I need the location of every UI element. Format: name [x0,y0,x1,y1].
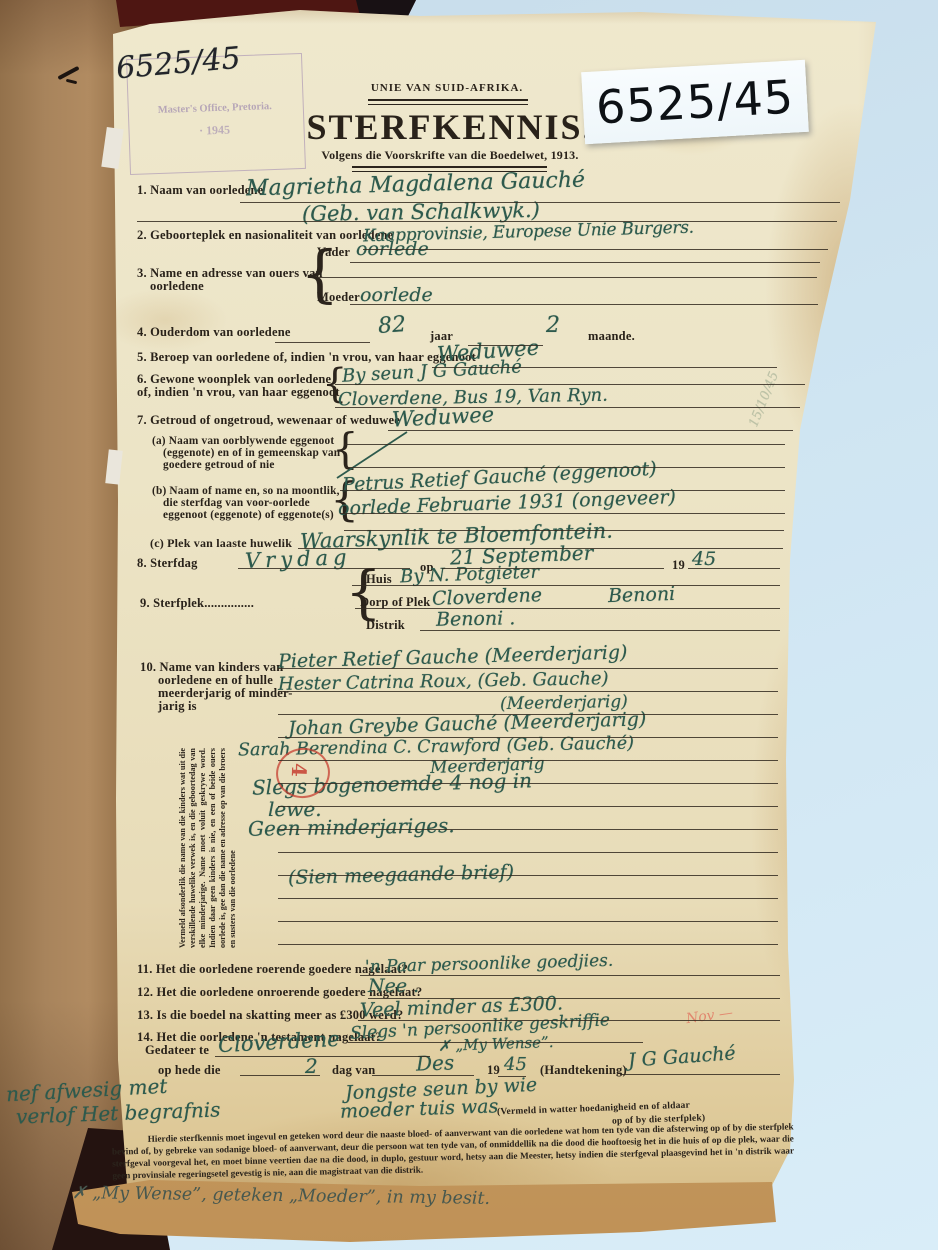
form-line [278,875,778,876]
dagvan-label: dag van [332,1063,375,1078]
form-line [388,430,793,431]
document-photo: Master's Office, Pretoria. · 1945 6525/4… [0,0,938,1250]
dorp-value2: Benoni [608,583,676,607]
form-line [498,1076,526,1077]
closing-month: Des [416,1050,455,1075]
children-entry: Geen minderjariges. [248,813,455,841]
distrik-value: Benoni . [436,607,516,630]
form-line [348,1042,643,1043]
form-line [344,530,784,531]
ophede-label: op hede die [158,1063,221,1078]
maande-label: maande. [588,329,635,344]
form-line [620,1074,780,1075]
moeder-value: oorlede [360,284,433,306]
handtekening-label: (Handtekening) [540,1063,627,1078]
gedateer-label: Gedateer te [145,1043,209,1058]
stamp-year: · 1945 [169,121,259,139]
form-title: STERFKENNIS. [280,106,620,148]
form-line [688,568,780,569]
distrik-label: Distrik [366,618,405,633]
field-8-year: 45 [692,548,716,570]
form-line [345,444,785,445]
field-10-margin-note: Vermeld afsonderlik die name van die kin… [178,748,238,948]
field-3-label2: oorledene [150,279,204,294]
field-7b-label2: die sterfdag van voor-oorlede [163,497,310,509]
form-line [442,568,664,569]
field-4-label: 4. Ouderdom van oorledene [137,325,291,340]
field-6-label2: of, indien 'n vrou, van haar eggenoot [137,385,340,400]
form-line [352,585,780,586]
form-line [340,490,785,491]
form-line [432,367,777,368]
form-line [350,304,818,305]
reference-label-text: 6525/45 [595,70,796,135]
dorp-value: Cloverdene [432,584,543,610]
form-country: UNIE VAN SUID-AFRIKA. [327,82,567,94]
form-line [240,202,840,203]
form-line [238,568,410,569]
form-line [317,277,817,278]
form-line [345,467,785,468]
form-line [278,760,778,761]
form-line [420,630,780,631]
form-line [137,221,837,222]
form-line [278,921,778,922]
form-line [215,1056,430,1057]
stamp-office-line: Master's Office, Pretoria. [133,100,297,117]
field-7b-label1: (b) Naam of name en, so na moontlik, [152,485,340,497]
form-line [275,342,370,343]
vader-label: Vader [317,245,350,260]
field-4-months: 2 [546,313,560,338]
form-line [278,944,778,945]
field-8-label: 8. Sterfdag [137,556,198,571]
field-7b-label3: eggenoot (eggenote) of eggenote(s) [163,509,334,521]
reference-label: 6525/45 [581,60,809,144]
form-line [335,407,800,408]
field-10-label4: jarig is [158,699,197,714]
header-rule [368,99,528,105]
form-line [355,608,780,609]
form-line [372,1075,474,1076]
form-line [360,975,780,976]
field-7-label: 7. Getroud of ongetroud, wewenaar of wed… [137,413,400,428]
form-line [278,783,778,784]
field-2-label: 2. Geboorteplek en nasionaliteit van oor… [137,228,393,243]
form-line [278,852,778,853]
form-line [278,829,778,830]
form-line [350,262,820,263]
moeder-label: Moeder [317,290,360,305]
yy-label: 19 [672,558,685,573]
field-9-label: 9. Sterfplek............... [140,596,254,611]
form-line [278,691,778,692]
form-line [340,513,785,514]
field-7a-label2: (eggenote) en of in gemeenskap van [163,447,340,459]
field-7a-label3: goedere getroud of nie [163,459,275,471]
form-line [278,898,778,899]
form-line [278,737,778,738]
form-line [358,1020,780,1021]
form-line [240,1075,320,1076]
form-line [298,548,783,549]
form-line [278,806,778,807]
field-1-label: 1. Naam van oorledene [137,183,263,198]
form-subtitle: Volgens die Voorskrifte van die Boedelwe… [280,148,620,163]
form-line [468,345,543,346]
form-line [335,384,805,385]
form-line [278,714,778,715]
red-tally-mark: 4 [287,763,311,778]
form-line [368,998,780,999]
field-7a-label1: (a) Naam van oorblywende eggenoot [152,435,334,447]
closing-year: 45 [504,1054,527,1075]
form-line [278,668,778,669]
field-4-years: 82 [377,312,407,339]
field-12-value: Nee . [368,975,419,997]
form-line [363,249,828,250]
